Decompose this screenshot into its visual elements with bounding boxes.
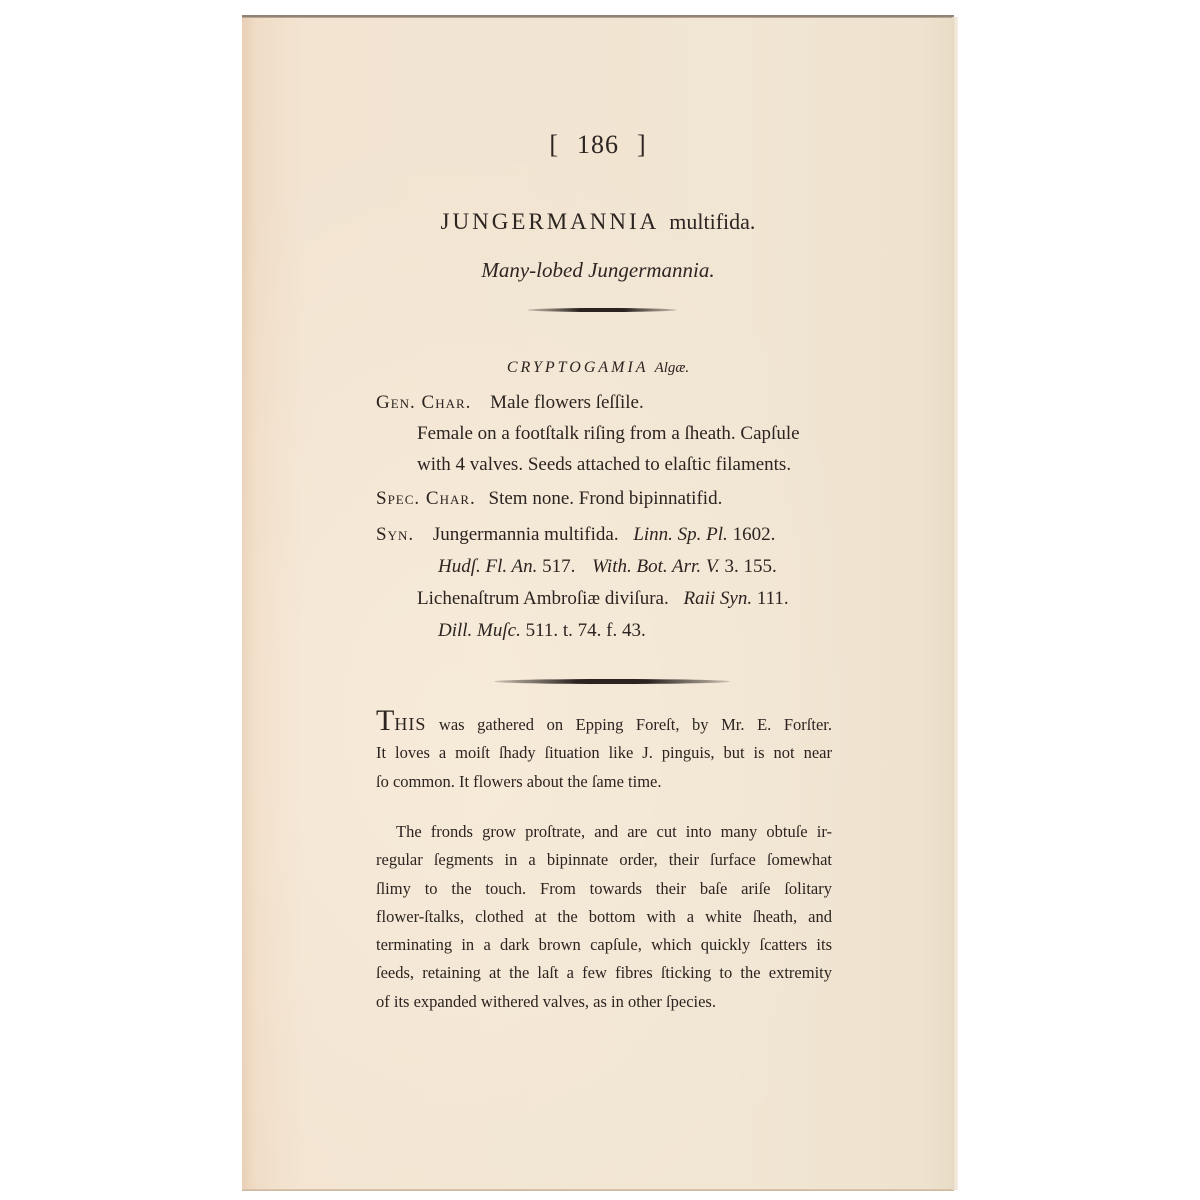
syn-num-4: 511. t. 74. f. 43. xyxy=(526,620,646,641)
description-paragraph-1: THIS was gathered on Epping Foreſt, by M… xyxy=(376,710,832,796)
syn-line-4: Dill. Muſc. 511. t. 74. f. 43. xyxy=(438,615,646,646)
p2-line-3: ſlimy to the touch. From towards their b… xyxy=(376,875,832,903)
syn-ref-3: Raii Syn. xyxy=(683,588,752,609)
p2-line-2: regular ſegments in a bipinnate order, t… xyxy=(376,846,832,874)
page-title: JUNGERMANNIAmultifida. xyxy=(242,209,954,236)
description-paragraph-2: The fronds grow proſtrate, and are cut i… xyxy=(376,818,832,1016)
gen-char-text-1: Male flowers ſeſſile. xyxy=(490,392,644,413)
ornamental-rule-top xyxy=(527,308,677,312)
spec-char-text: Stem none. Frond bipinnatifid. xyxy=(489,488,723,509)
page-number: [186] xyxy=(242,130,954,160)
p2-line-6: ſeeds, retaining at the laſt a few fibre… xyxy=(376,959,832,987)
page-number-value: 186 xyxy=(577,130,619,159)
book-page: [186] JUNGERMANNIAmultifida. Many-lobed … xyxy=(242,15,954,1191)
bracket-close: ] xyxy=(637,130,647,159)
syn-ref-2b: With. Bot. Arr. V. xyxy=(592,556,720,577)
p1-line-1: THIS was gathered on Epping Foreſt, by M… xyxy=(376,710,832,739)
syn-label: Syn. xyxy=(376,524,414,545)
syn-ref-2a: Hudſ. Fl. An. xyxy=(438,556,537,577)
drop-cap: T xyxy=(376,704,394,737)
gen-char-text-3: with 4 valves. Seeds attached to elaſtic… xyxy=(417,449,791,480)
classification-line: CRYPTOGAMIAAlgæ. xyxy=(242,359,954,377)
p1-line-1-text: was gathered on Epping Foreſt, by Mr. E.… xyxy=(426,715,832,734)
bracket-open: [ xyxy=(549,130,559,159)
spec-char-label: Spec. Char. xyxy=(376,488,476,509)
gen-char-text-2: Female on a footſtalk riſing from a ſhea… xyxy=(417,418,800,449)
paper-blemish xyxy=(250,1095,280,1135)
p2-line-4: flower-ſtalks, clothed at the bottom wit… xyxy=(376,903,832,931)
genus-name: JUNGERMANNIA xyxy=(441,209,660,234)
syn-ref-1: Linn. Sp. Pl. xyxy=(633,524,727,545)
p1-line-2: It loves a moiſt ſhady ſituation like J.… xyxy=(376,739,832,767)
syn-name-1: Jungermannia multifida. xyxy=(433,524,619,545)
order-name: Algæ. xyxy=(655,360,690,376)
syn-line-1: Syn. Jungermannia multifida. Linn. Sp. P… xyxy=(376,519,775,550)
syn-num-2a: 517. xyxy=(542,556,575,577)
syn-num-2b: 3. 155. xyxy=(724,556,776,577)
spec-char-line: Spec. Char. Stem none. Frond bipinnatifi… xyxy=(376,483,722,514)
species-name: multifida. xyxy=(669,209,755,234)
common-name: Many-lobed Jungermannia. xyxy=(242,258,954,283)
syn-num-1: 1602. xyxy=(733,524,776,545)
syn-num-3: 111. xyxy=(757,588,789,609)
p1-line-3: ſo common. It flowers about the ſame tim… xyxy=(376,768,832,796)
gen-char-line: Gen. Char. Male flowers ſeſſile. xyxy=(376,387,644,418)
syn-ref-4: Dill. Muſc. xyxy=(438,620,521,641)
p2-line-5: terminating in a dark brown capſule, whi… xyxy=(376,931,832,959)
syn-line-3: Lichenaſtrum Ambroſiæ diviſura. Raii Syn… xyxy=(417,583,789,614)
p2-line-7: of its expanded withered valves, as in o… xyxy=(376,988,832,1016)
p2-line-1: The fronds grow proſtrate, and are cut i… xyxy=(376,818,832,846)
p1-smallcaps: HIS xyxy=(394,714,426,734)
syn-line-2: Hudſ. Fl. An. 517. With. Bot. Arr. V. 3.… xyxy=(438,551,777,582)
class-name: CRYPTOGAMIA xyxy=(507,359,649,376)
gen-char-label: Gen. Char. xyxy=(376,392,471,413)
syn-name-3: Lichenaſtrum Ambroſiæ diviſura. xyxy=(417,588,669,609)
ornamental-rule-bottom xyxy=(494,679,730,684)
